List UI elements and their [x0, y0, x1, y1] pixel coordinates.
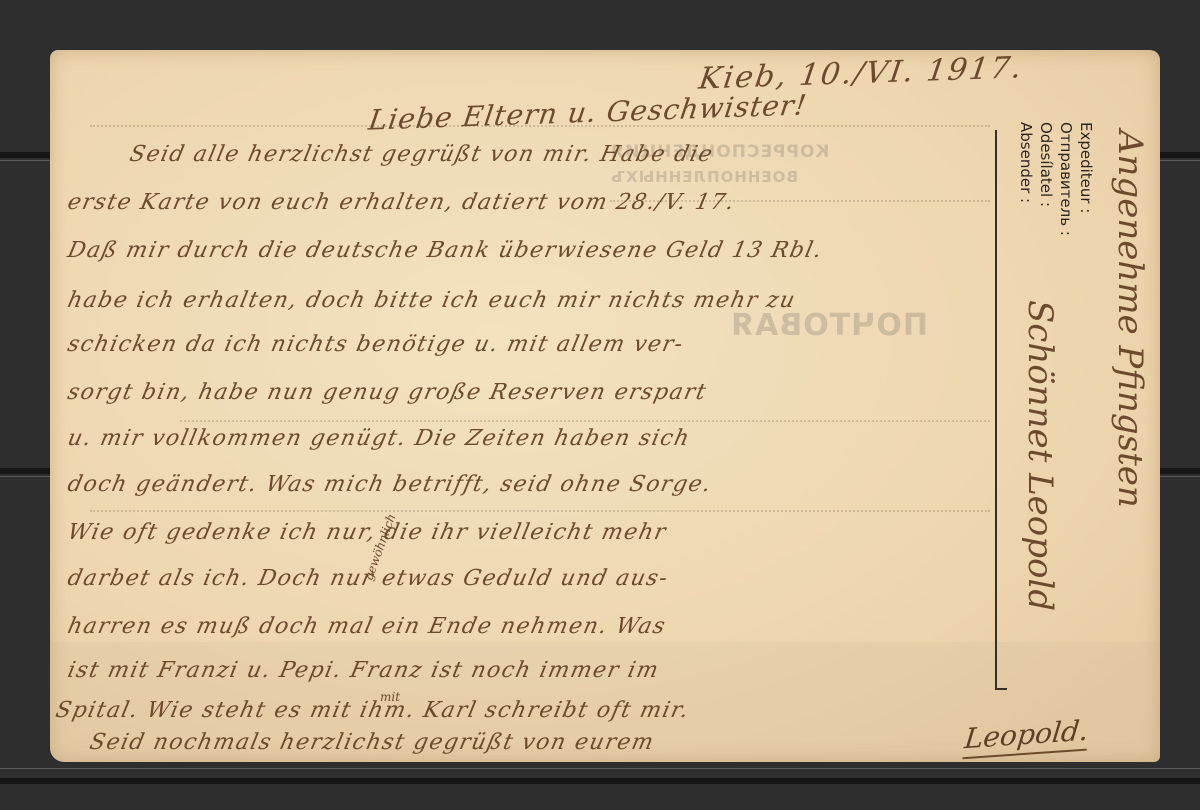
album-stripe-bottom	[0, 778, 1200, 784]
body-line-5: schicken da ich nichts benötige u. mit a…	[65, 332, 686, 357]
vertical-greeting: Angenehme Pfingsten	[1110, 130, 1150, 508]
sender-divider	[995, 130, 997, 690]
postcard: КОРРЕСПОНДЕНЦИЯ ВОЕННОПЛЕННЫХЪ ПОЧТОВАЯ …	[50, 50, 1160, 762]
body-line-2: erste Karte von euch erhalten, datiert v…	[65, 190, 737, 215]
interlinear-note-2: mit	[380, 690, 400, 704]
body-line-7: u. mir vollkommen genügt. Die Zeiten hab…	[65, 426, 692, 451]
dotted-rule-4	[90, 510, 990, 512]
body-line-11: harren es muß doch mal ein Ende nehmen. …	[65, 614, 668, 639]
body-line-14: Seid nochmals herzlichst gegrüßt von eur…	[87, 730, 657, 755]
label-absender: Absender :	[1017, 122, 1035, 203]
label-expediteur: Expediteur :	[1077, 122, 1095, 213]
ghost-print-line-3: ПОЧТОВАЯ	[730, 308, 928, 343]
sender-divider-foot	[995, 688, 1007, 690]
body-line-1: Seid alle herzlichst gegrüßt von mir. Ha…	[127, 142, 715, 167]
salutation: Liebe Eltern u. Geschwister!	[366, 88, 809, 136]
ghost-print-line-2: ВОЕННОПЛЕННЫХЪ	[610, 168, 798, 186]
album-line-bottom	[0, 768, 1200, 769]
body-line-3: Daß mir durch die deutsche Bank überwies…	[65, 238, 825, 263]
body-line-13: Spital. Wie steht es mit ihm. Karl schre…	[53, 698, 692, 723]
body-line-8: doch geändert. Was mich betrifft, seid o…	[65, 472, 714, 497]
dotted-rule-3	[180, 420, 990, 422]
label-odesilatel: Odesílatel :	[1037, 122, 1055, 207]
body-line-9: Wie oft gedenke ich nur, die ihr viellei…	[65, 520, 669, 545]
body-line-6: sorgt bin, habe nun genug große Reserven…	[65, 380, 709, 405]
label-otpravitel: Отправитель :	[1057, 122, 1075, 236]
handwritten-sender: Schönnet Leopold	[1020, 300, 1060, 611]
body-line-12: ist mit Franzi u. Pepi. Franz ist noch i…	[65, 658, 661, 683]
body-line-4: habe ich erhalten, doch bitte ich euch m…	[65, 288, 798, 313]
